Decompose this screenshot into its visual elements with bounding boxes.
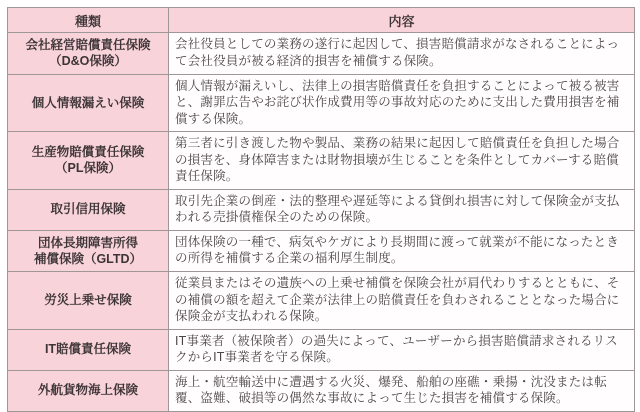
content-cell: 従業員またはその遺族への上乗せ補償を保険会社が肩代わりするとともに、その補償の額… — [169, 272, 635, 330]
col-header-type: 種類 — [8, 8, 169, 33]
content-cell: 会社役員としての業務の遂行に起因して、損害賠償請求がなされることによって会社役員… — [169, 33, 635, 75]
table-row: 団体長期障害所得 補償保険（GLTD） 団体保険の一種で、病気やケガにより長期間… — [8, 230, 635, 272]
type-cell: 外航貨物海上保険 — [8, 370, 169, 411]
type-cell: 労災上乗せ保険 — [8, 272, 169, 330]
content-cell: 団体保険の一種で、病気やケガにより長期間に渡って就業が不能になったときの所得を補… — [169, 230, 635, 272]
content-cell: 個人情報が漏えいし、法律上の損害賠償責任を負担することによって被る被害と、謝罪広… — [169, 74, 635, 132]
table-row: 会社経営賠償責任保険 （D&O保険） 会社役員としての業務の遂行に起因して、損害… — [8, 33, 635, 75]
type-cell: 会社経営賠償責任保険 （D&O保険） — [8, 33, 169, 75]
table-row: 労災上乗せ保険 従業員またはその遺族への上乗せ補償を保険会社が肩代わりするととも… — [8, 272, 635, 330]
header-row: 種類 内容 — [8, 8, 635, 33]
type-cell: 団体長期障害所得 補償保険（GLTD） — [8, 230, 169, 272]
content-cell: 第三者に引き渡した物や製品、業務の結果に起因して賠償責任を負担した場合の損害を、… — [169, 132, 635, 190]
table-row: 個人情報漏えい保険 個人情報が漏えいし、法律上の損害賠償責任を負担することによっ… — [8, 74, 635, 132]
insurance-types-table: 種類 内容 会社経営賠償責任保険 （D&O保険） 会社役員としての業務の遂行に起… — [7, 7, 635, 412]
type-cell: IT賠償責任保険 — [8, 329, 169, 370]
type-cell: 生産物賠償責任保険 （PL保険） — [8, 132, 169, 190]
col-header-content: 内容 — [169, 8, 635, 33]
content-cell: IT事業者（被保険者）の過失によって、ユーザーから損害賠償請求されるリスクからI… — [169, 329, 635, 370]
table-row: 生産物賠償責任保険 （PL保険） 第三者に引き渡した物や製品、業務の結果に起因し… — [8, 132, 635, 190]
table-row: 外航貨物海上保険 海上・航空輸送中に遭遇する火災、爆発、船舶の座礁・乗揚・沈没ま… — [8, 370, 635, 411]
content-cell: 取引先企業の倒産・法的整理や遅延等による貸倒れ損害に対して保険金が支払われる売掛… — [169, 189, 635, 230]
table-row: 取引信用保険 取引先企業の倒産・法的整理や遅延等による貸倒れ損害に対して保険金が… — [8, 189, 635, 230]
table-row: IT賠償責任保険 IT事業者（被保険者）の過失によって、ユーザーから損害賠償請求… — [8, 329, 635, 370]
type-cell: 取引信用保険 — [8, 189, 169, 230]
type-cell: 個人情報漏えい保険 — [8, 74, 169, 132]
content-cell: 海上・航空輸送中に遭遇する火災、爆発、船舶の座礁・乗揚・沈没または転覆、盗難、破… — [169, 370, 635, 411]
page: 種類 内容 会社経営賠償責任保険 （D&O保険） 会社役員としての業務の遂行に起… — [0, 0, 640, 392]
